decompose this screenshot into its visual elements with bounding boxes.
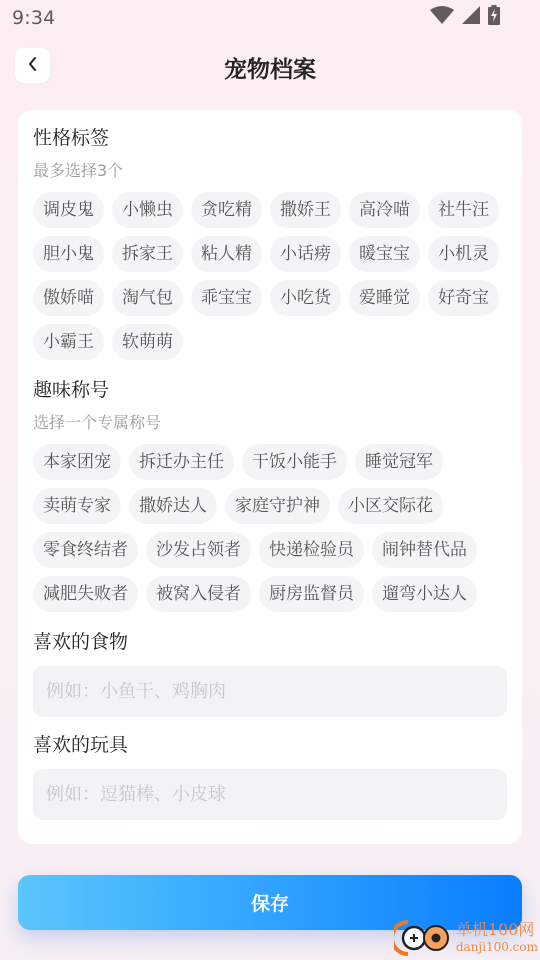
- personality-tag[interactable]: 拆家王: [112, 236, 183, 272]
- personality-tag-list: 调皮鬼 小懒虫 贪吃精 撒娇王 高冷喵 社牛汪 胆小鬼 拆家王 粘人精 小话痨 …: [33, 192, 507, 360]
- nickname-tag[interactable]: 被窝入侵者: [146, 576, 251, 612]
- nickname-tag[interactable]: 干饭小能手: [242, 444, 347, 480]
- personality-tag[interactable]: 乖宝宝: [191, 280, 262, 316]
- watermark-cn: 单机100网: [456, 922, 538, 938]
- personality-tag[interactable]: 小霸王: [33, 324, 104, 360]
- personality-tag[interactable]: 小机灵: [428, 236, 499, 272]
- nickname-tag[interactable]: 快递检验员: [259, 532, 364, 568]
- nickname-tag[interactable]: 家庭守护神: [225, 488, 330, 524]
- personality-tag[interactable]: 暖宝宝: [349, 236, 420, 272]
- section-title: 喜欢的玩具: [33, 731, 507, 759]
- favorite-food-input[interactable]: [46, 681, 494, 702]
- favorite-food-section: 喜欢的食物: [33, 628, 507, 717]
- nickname-tag[interactable]: 沙发占领者: [146, 532, 251, 568]
- personality-tag[interactable]: 贪吃精: [191, 192, 262, 228]
- personality-tag[interactable]: 粘人精: [191, 236, 262, 272]
- favorite-toy-field[interactable]: [33, 769, 507, 820]
- section-title: 趣味称号: [33, 376, 507, 404]
- section-title: 喜欢的食物: [33, 628, 507, 656]
- watermark-text: 单机100网 danji100.com: [456, 922, 538, 953]
- nickname-tag[interactable]: 零食终结者: [33, 532, 138, 568]
- personality-tag[interactable]: 好奇宝: [428, 280, 499, 316]
- wifi-icon: [430, 6, 454, 28]
- personality-tag[interactable]: 小话痨: [270, 236, 341, 272]
- personality-tag[interactable]: 淘气包: [112, 280, 183, 316]
- status-time: 9:34: [12, 7, 55, 29]
- watermark-en: danji100.com: [456, 941, 538, 953]
- nickname-section: 趣味称号 选择一个专属称号 本家团宠 拆迁办主任 干饭小能手 睡觉冠军 卖萌专家…: [33, 376, 507, 612]
- page-title: 宠物档案: [0, 51, 540, 84]
- personality-tag[interactable]: 撒娇王: [270, 192, 341, 228]
- personality-tag[interactable]: 高冷喵: [349, 192, 420, 228]
- personality-tag[interactable]: 小吃货: [270, 280, 341, 316]
- nickname-tag[interactable]: 小区交际花: [338, 488, 443, 524]
- nickname-tag[interactable]: 卖萌专家: [33, 488, 121, 524]
- nickname-tag-list: 本家团宠 拆迁办主任 干饭小能手 睡觉冠军 卖萌专家 撒娇达人 家庭守护神 小区…: [33, 444, 507, 612]
- section-title: 性格标签: [33, 124, 507, 152]
- pet-profile-card: 性格标签 最多选择3个 调皮鬼 小懒虫 贪吃精 撒娇王 高冷喵 社牛汪 胆小鬼 …: [18, 110, 522, 844]
- status-icons: [430, 7, 500, 27]
- personality-section: 性格标签 最多选择3个 调皮鬼 小懒虫 贪吃精 撒娇王 高冷喵 社牛汪 胆小鬼 …: [33, 124, 507, 360]
- personality-tag[interactable]: 调皮鬼: [33, 192, 104, 228]
- personality-tag[interactable]: 傲娇喵: [33, 280, 104, 316]
- personality-tag[interactable]: 社牛汪: [428, 192, 499, 228]
- nickname-tag[interactable]: 本家团宠: [33, 444, 121, 480]
- personality-tag[interactable]: 爱睡觉: [349, 280, 420, 316]
- nickname-tag[interactable]: 睡觉冠军: [355, 444, 443, 480]
- signal-icon: [462, 6, 480, 28]
- nickname-tag[interactable]: 减肥失败者: [33, 576, 138, 612]
- favorite-toy-input[interactable]: [46, 784, 494, 805]
- nickname-tag[interactable]: 厨房监督员: [259, 576, 364, 612]
- battery-charging-icon: [488, 5, 500, 29]
- nickname-tag[interactable]: 撒娇达人: [129, 488, 217, 524]
- personality-tag[interactable]: 软萌萌: [112, 324, 183, 360]
- nickname-tag[interactable]: 遛弯小达人: [372, 576, 477, 612]
- favorite-toy-section: 喜欢的玩具: [33, 731, 507, 820]
- personality-tag[interactable]: 小懒虫: [112, 192, 183, 228]
- section-subtitle: 最多选择3个: [33, 160, 507, 182]
- personality-tag[interactable]: 胆小鬼: [33, 236, 104, 272]
- watermark-logo-icon: [394, 916, 454, 958]
- nickname-tag[interactable]: 闹钟替代品: [372, 532, 477, 568]
- status-bar: 9:34: [0, 0, 540, 36]
- nickname-tag[interactable]: 拆迁办主任: [129, 444, 234, 480]
- section-subtitle: 选择一个专属称号: [33, 412, 507, 434]
- header: 宠物档案: [0, 46, 540, 90]
- favorite-food-field[interactable]: [33, 666, 507, 717]
- watermark: 单机100网 danji100.com: [394, 916, 538, 958]
